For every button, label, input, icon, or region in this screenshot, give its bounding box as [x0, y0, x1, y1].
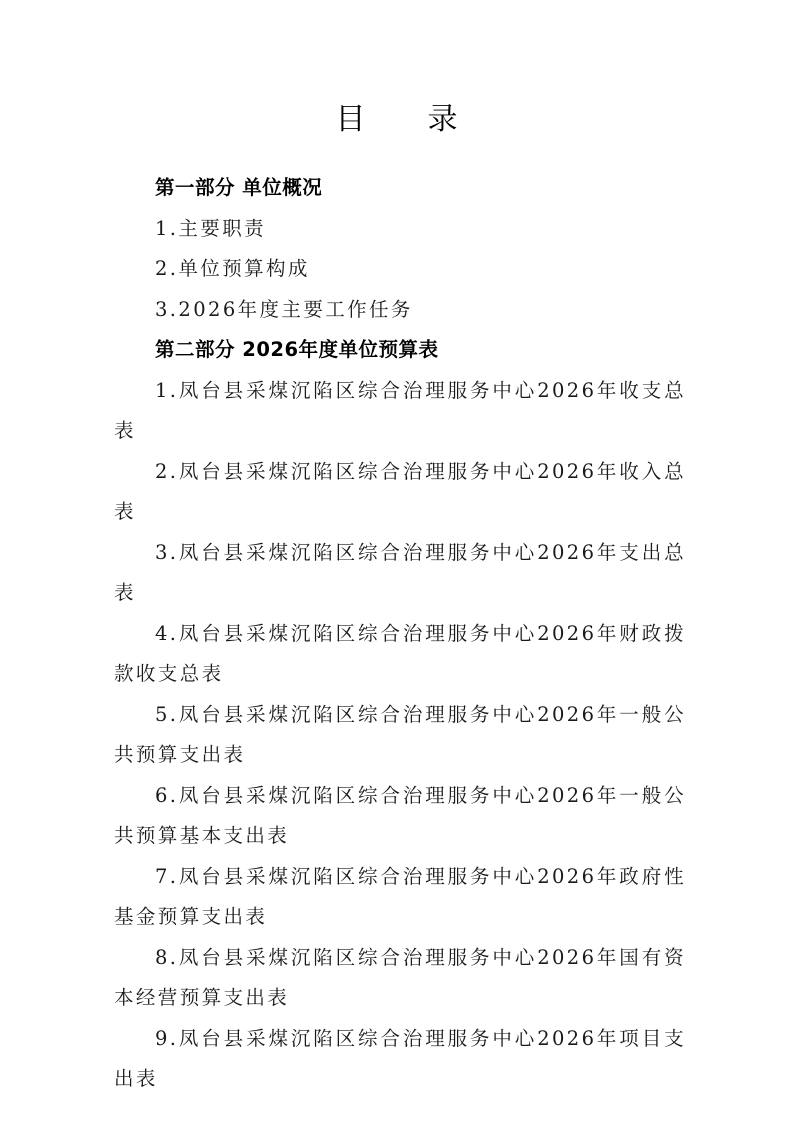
toc-item[interactable]: 7.凤台县采煤沉陷区综合治理服务中心2026年政府性基金预算支出表	[114, 857, 686, 938]
toc-item[interactable]: 6.凤台县采煤沉陷区综合治理服务中心2026年一般公共预算基本支出表	[114, 776, 686, 857]
toc-item[interactable]: 3.2026年度主要工作任务	[114, 290, 686, 331]
section-heading-part-2[interactable]: 第二部分 2026年度单位预算表	[114, 330, 686, 371]
title-char-1: 目	[336, 98, 366, 142]
page-title: 目录	[0, 98, 793, 142]
section-heading-part-1[interactable]: 第一部分 单位概况	[114, 168, 686, 209]
toc-item[interactable]: 5.凤台县采煤沉陷区综合治理服务中心2026年一般公共预算支出表	[114, 695, 686, 776]
toc-item[interactable]: 1.主要职责	[114, 209, 686, 250]
table-of-contents: 第一部分 单位概况 1.主要职责 2.单位预算构成 3.2026年度主要工作任务…	[114, 168, 686, 1100]
toc-item[interactable]: 8.凤台县采煤沉陷区综合治理服务中心2026年国有资本经营预算支出表	[114, 938, 686, 1019]
toc-item[interactable]: 9.凤台县采煤沉陷区综合治理服务中心2026年项目支出表	[114, 1019, 686, 1100]
toc-item[interactable]: 2.单位预算构成	[114, 249, 686, 290]
title-char-2: 录	[428, 98, 458, 142]
toc-item[interactable]: 3.凤台县采煤沉陷区综合治理服务中心2026年支出总表	[114, 533, 686, 614]
toc-item[interactable]: 2.凤台县采煤沉陷区综合治理服务中心2026年收入总表	[114, 452, 686, 533]
toc-item[interactable]: 4.凤台县采煤沉陷区综合治理服务中心2026年财政拨款收支总表	[114, 614, 686, 695]
document-page: 目录 第一部分 单位概况 1.主要职责 2.单位预算构成 3.2026年度主要工…	[0, 0, 793, 1122]
toc-item[interactable]: 1.凤台县采煤沉陷区综合治理服务中心2026年收支总表	[114, 371, 686, 452]
